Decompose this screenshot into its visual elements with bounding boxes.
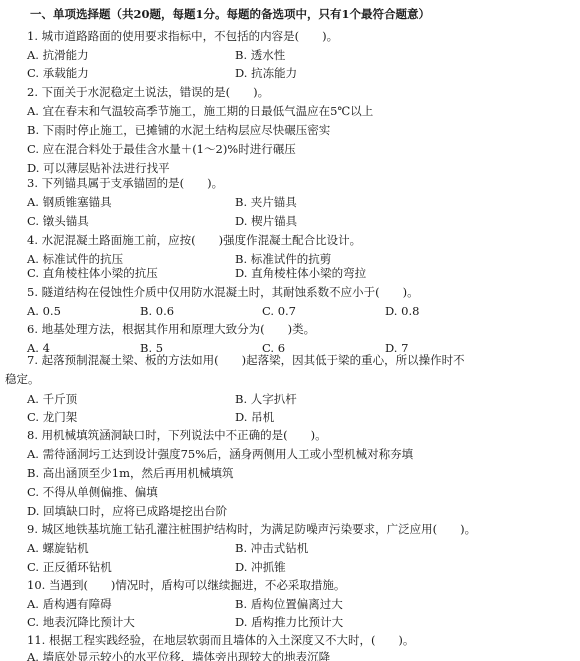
q5-option-d: D. 0.8 <box>385 304 419 318</box>
question-11-stem: 11. 根据工程实践经验，在地层软弱而且墙体的入土深度又不大时，( )。 <box>27 633 414 647</box>
q1-option-b: B. 透水性 <box>235 48 285 62</box>
question-6-stem: 6. 地基处理方法，根据其作用和原理大致分为( )类。 <box>27 322 315 336</box>
question-4-stem: 4. 水泥混凝土路面施工前，应按( )强度作混凝土配合比设计。 <box>27 233 361 247</box>
q8-option-c: C. 不得从单侧偏推、偏填 <box>27 485 158 499</box>
q2-option-a: A. 宜在春末和气温较高季节施工，施工期的日最低气温应在5℃以上 <box>27 104 373 118</box>
q10-option-a: A. 盾构遇有障碍 <box>27 597 112 611</box>
q7-option-c: C. 龙门架 <box>27 410 77 424</box>
q11-option-a: A. 墙底处显示较小的水平位移，墙体旁出现较大的地表沉降 <box>27 650 330 661</box>
q2-option-c: C. 应在混合料处于最佳含水量＋(1～2)%时进行碾压 <box>27 142 296 156</box>
q9-option-a: A. 螺旋钻机 <box>27 541 89 555</box>
question-3-stem: 3. 下列锚具属于支承锚固的是( )。 <box>27 176 223 190</box>
q1-option-d: D. 抗冻能力 <box>235 66 297 80</box>
q9-option-d: D. 冲抓锥 <box>235 560 286 574</box>
section-title: 一、单项选择题（共20题，每题1分。每题的备选项中，只有1个最符合题意） <box>30 7 430 21</box>
q4-option-b: B. 标准试件的抗剪 <box>235 252 331 266</box>
q4-option-c: C. 直角棱柱体小梁的抗压 <box>27 266 158 280</box>
q7-option-b: B. 人字扒杆 <box>235 392 297 406</box>
q8-option-a: A. 需待涵洞圬工达到设计强度75%后，涵身两侧用人工或小型机械对称夯填 <box>27 447 413 461</box>
question-5-stem: 5. 隧道结构在侵蚀性介质中仅用防水混凝土时，其耐蚀系数不应小于( )。 <box>27 285 419 299</box>
question-10-stem: 10. 当遇到( )情况时，盾构可以继续掘进，不必采取措施。 <box>27 578 345 592</box>
q9-option-c: C. 正反循环钻机 <box>27 560 112 574</box>
question-2-stem: 2. 下面关于水泥稳定土说法，错误的是( )。 <box>27 85 269 99</box>
q4-option-d: D. 直角棱柱体小梁的弯拉 <box>235 266 366 280</box>
question-7-stem: 7. 起落预制混凝土梁、板的方法如用( )起落梁，因其低于梁的重心，所以操作时不 <box>27 353 465 367</box>
q10-option-c: C. 地表沉降比预计大 <box>27 615 135 629</box>
q5-option-c: C. 0.7 <box>262 304 296 318</box>
q10-option-b: B. 盾构位置偏离过大 <box>235 597 343 611</box>
q7-option-a: A. 千斤顶 <box>27 392 77 406</box>
question-8-stem: 8. 用机械填筑涵洞缺口时，下列说法中不正确的是( )。 <box>27 428 327 442</box>
q9-option-b: B. 冲击式钻机 <box>235 541 308 555</box>
q4-option-a: A. 标准试件的抗压 <box>27 252 123 266</box>
q7-option-d: D. 吊机 <box>235 410 274 424</box>
q3-option-d: D. 楔片锚具 <box>235 214 297 228</box>
q3-option-c: C. 镦头锚具 <box>27 214 89 228</box>
q1-option-a: A. 抗滑能力 <box>27 48 89 62</box>
q10-option-d: D. 盾构推力比预计大 <box>235 615 343 629</box>
q2-option-b: B. 下雨时停止施工，已摊铺的水泥土结构层应尽快碾压密实 <box>27 123 330 137</box>
question-1-stem: 1. 城市道路路面的使用要求指标中，不包括的内容是( )。 <box>27 29 338 43</box>
q1-option-c: C. 承载能力 <box>27 66 89 80</box>
question-9-stem: 9. 城区地铁基坑施工钻孔灌注桩围护结构时，为满足防噪声污染要求，广泛应用( )… <box>27 522 476 536</box>
q8-option-d: D. 回填缺口时，应将已成路堤挖出台阶 <box>27 504 227 518</box>
q3-option-b: B. 夹片锚具 <box>235 195 297 209</box>
q2-option-d: D. 可以薄层贴补法进行找平 <box>27 161 170 175</box>
q5-option-a: A. 0.5 <box>27 304 61 318</box>
question-7-stem-continued: 稳定。 <box>5 372 40 386</box>
q3-option-a: A. 钢质锥塞锚具 <box>27 195 112 209</box>
q5-option-b: B. 0.6 <box>140 304 174 318</box>
q8-option-b: B. 高出涵顶至少1m，然后再用机械填筑 <box>27 466 233 480</box>
